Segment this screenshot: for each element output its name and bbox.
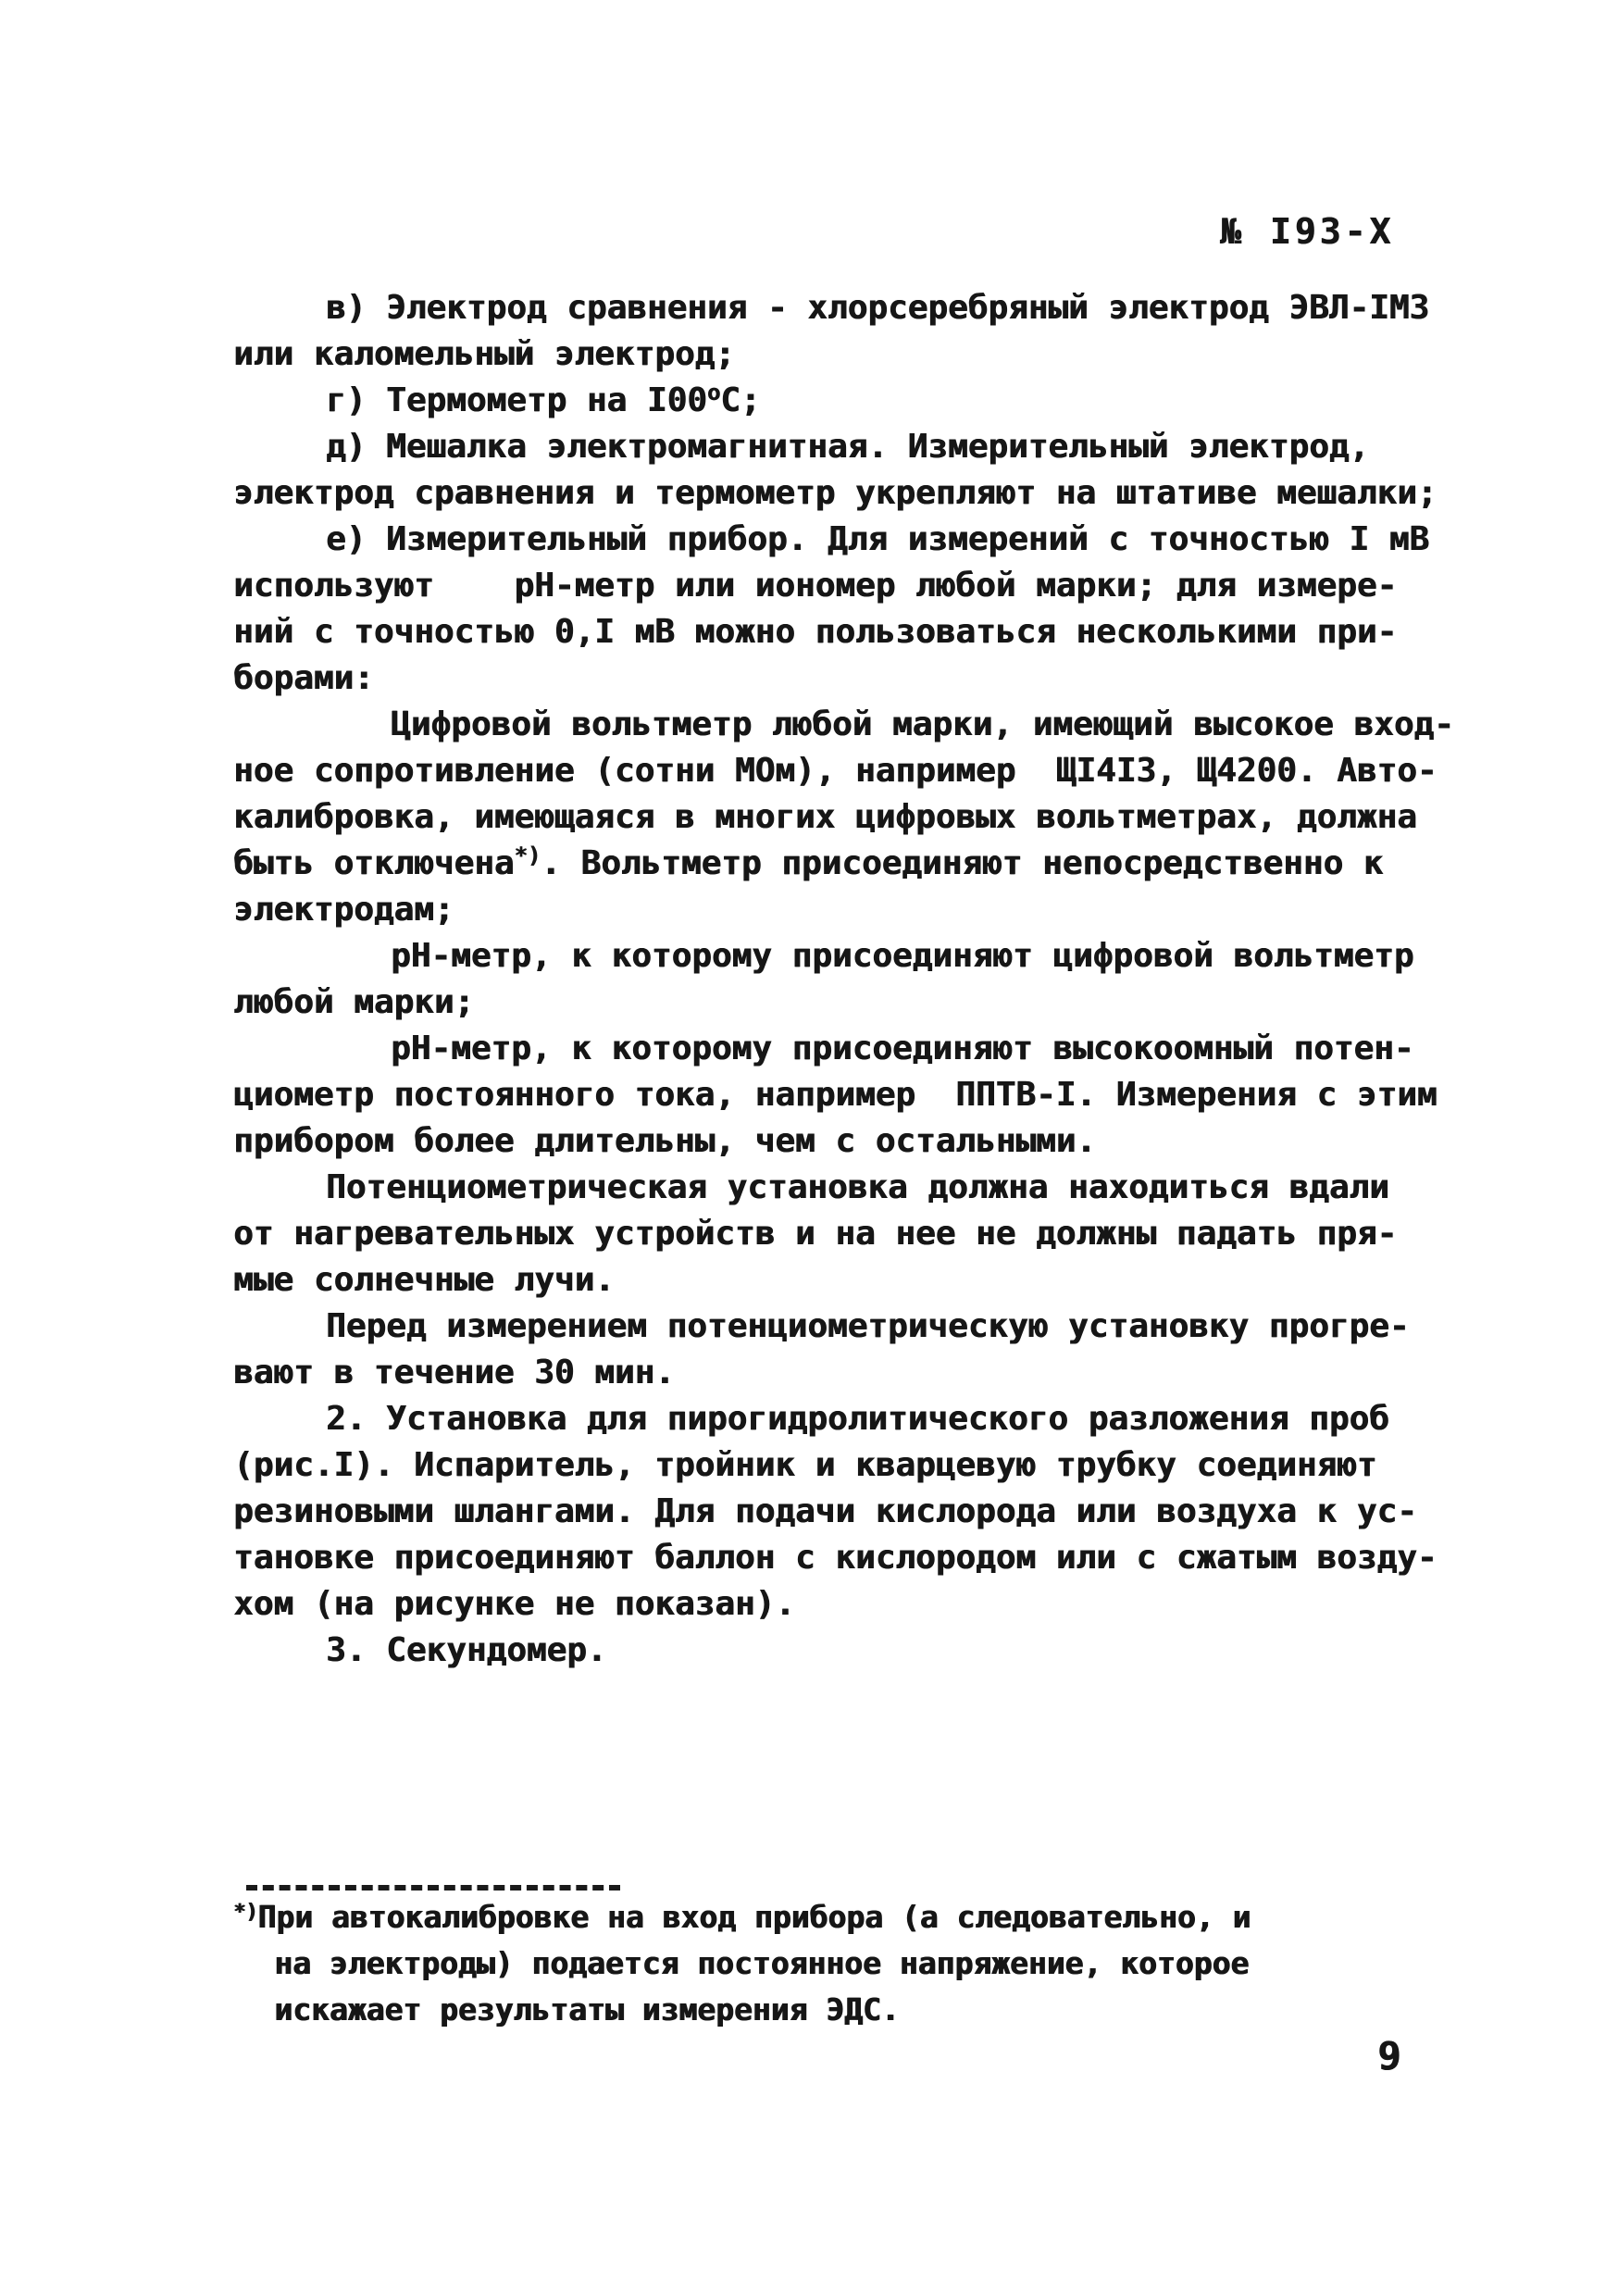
text-line: ное сопротивление (сотни МОм), например … bbox=[233, 748, 1548, 794]
text-segment: от нагревательных устройств и на нее не … bbox=[233, 1215, 1397, 1253]
text-segment: электродам; bbox=[233, 891, 454, 929]
text-segment: электрод сравнения и термометр укрепляют… bbox=[233, 474, 1437, 512]
text-segment: любой марки; bbox=[233, 983, 474, 1021]
text-segment: рН-метр, к которому присоединяют цифрово… bbox=[391, 937, 1413, 975]
text-segment: Цифровой вольтметр любой марки, имеющий … bbox=[391, 705, 1454, 743]
text-segment: (рис.I). Испаритель, тройник и кварцевую… bbox=[233, 1446, 1376, 1484]
footnote: *)При автокалибровке на вход прибора (а … bbox=[233, 1894, 1344, 2033]
text-segment: вают в течение 30 мин. bbox=[233, 1354, 675, 1391]
text-line: или каломельный электрод; bbox=[233, 331, 1548, 378]
body-text: в) Электрод сравнения - хлорсеребряный э… bbox=[233, 285, 1548, 1674]
text-segment: Потенциометрическая установка должна нах… bbox=[326, 1168, 1389, 1206]
text-line: (рис.I). Испаритель, тройник и кварцевую… bbox=[233, 1442, 1548, 1489]
text-line: прибором более длительны, чем с остальны… bbox=[233, 1118, 1548, 1165]
text-line: Цифровой вольтметр любой марки, имеющий … bbox=[233, 702, 1548, 748]
text-segment: или каломельный электрод; bbox=[233, 335, 735, 373]
text-line: ний с точностью 0,I мВ можно пользоватьс… bbox=[233, 609, 1548, 655]
text-segment: Перед измерением потенциометрическую уст… bbox=[326, 1307, 1409, 1345]
text-line: циометр постоянного тока, например ППТВ-… bbox=[233, 1072, 1548, 1118]
document-page: № I93-Х в) Электрод сравнения - хлорсере… bbox=[0, 0, 1618, 2296]
text-line: калибровка, имеющаяся в многих цифровых … bbox=[233, 794, 1548, 841]
text-line: Потенциометрическая установка должна нах… bbox=[233, 1165, 1548, 1211]
text-segment: 2. Установка для пирогидролитического ра… bbox=[326, 1400, 1389, 1438]
text-segment: быть отключена bbox=[233, 844, 514, 882]
text-segment: используют рН-метр или иономер любой мар… bbox=[233, 567, 1397, 605]
text-line: мые солнечные лучи. bbox=[233, 1257, 1548, 1304]
text-line: любой марки; bbox=[233, 980, 1548, 1026]
text-line: рН-метр, к которому присоединяют цифрово… bbox=[233, 933, 1548, 980]
text-line: тановке присоединяют баллон с кислородом… bbox=[233, 1535, 1548, 1581]
footnote-separator bbox=[246, 1885, 620, 1890]
text-line: 2. Установка для пирогидролитического ра… bbox=[233, 1396, 1548, 1442]
text-segment: 3. Секундомер. bbox=[326, 1631, 606, 1669]
text-segment: рН-метр, к которому присоединяют высокоо… bbox=[391, 1029, 1413, 1067]
text-segment: . Вольтметр присоединяют непосредственно… bbox=[541, 844, 1383, 882]
page-number: 9 bbox=[1377, 2033, 1400, 2078]
footnote-line: искажает результаты измерения ЭДС. bbox=[233, 1987, 1344, 2033]
text-segment: С; bbox=[720, 381, 760, 419]
text-segment: тановке присоединяют баллон с кислородом… bbox=[233, 1539, 1437, 1577]
text-line: 3. Секундомер. bbox=[233, 1628, 1548, 1674]
text-line: е) Измерительный прибор. Для измерений с… bbox=[233, 517, 1548, 563]
text-segment: ное сопротивление (сотни МОм), например … bbox=[233, 752, 1437, 790]
text-line: электрод сравнения и термометр укрепляют… bbox=[233, 470, 1548, 517]
text-line: резиновыми шлангами. Для подачи кислород… bbox=[233, 1489, 1548, 1535]
text-segment: прибором более длительны, чем с остальны… bbox=[233, 1122, 1096, 1160]
text-line: хом (на рисунке не показан). bbox=[233, 1581, 1548, 1628]
text-line: от нагревательных устройств и на нее не … bbox=[233, 1211, 1548, 1257]
text-segment: борами: bbox=[233, 659, 374, 697]
footnote-text: При автокалибровке на вход прибора (а сл… bbox=[257, 1899, 1251, 1935]
text-segment: хом (на рисунке не показан). bbox=[233, 1585, 795, 1623]
superscript: *) bbox=[514, 842, 541, 868]
text-segment: циометр постоянного тока, например ППТВ-… bbox=[233, 1076, 1437, 1114]
footnote-marker: *) bbox=[233, 1901, 257, 1924]
footnote-line: *)При автокалибровке на вход прибора (а … bbox=[233, 1894, 1344, 1940]
text-line: рН-метр, к которому присоединяют высокоо… bbox=[233, 1026, 1548, 1072]
text-segment: в) Электрод сравнения - хлорсеребряный э… bbox=[326, 289, 1429, 327]
text-line: Перед измерением потенциометрическую уст… bbox=[233, 1304, 1548, 1350]
text-segment: резиновыми шлангами. Для подачи кислород… bbox=[233, 1492, 1417, 1530]
text-line: борами: bbox=[233, 655, 1548, 702]
doc-number: № I93-Х bbox=[1220, 211, 1394, 252]
text-line: быть отключена*). Вольтметр присоединяют… bbox=[233, 841, 1548, 887]
text-segment: мые солнечные лучи. bbox=[233, 1261, 615, 1299]
text-segment: калибровка, имеющаяся в многих цифровых … bbox=[233, 798, 1417, 836]
text-line: используют рН-метр или иономер любой мар… bbox=[233, 563, 1548, 609]
footnote-line: на электроды) подается постоянное напряж… bbox=[233, 1940, 1344, 1987]
text-segment: г) Термометр на I00 bbox=[326, 381, 707, 419]
text-segment: д) Мешалка электромагнитная. Измерительн… bbox=[326, 428, 1369, 466]
text-line: в) Электрод сравнения - хлорсеребряный э… bbox=[233, 285, 1548, 331]
text-line: д) Мешалка электромагнитная. Измерительн… bbox=[233, 424, 1548, 470]
text-segment: е) Измерительный прибор. Для измерений с… bbox=[326, 520, 1429, 558]
superscript: о bbox=[707, 380, 720, 406]
text-line: г) Термометр на I00оС; bbox=[233, 378, 1548, 424]
text-line: электродам; bbox=[233, 887, 1548, 933]
text-segment: ний с точностью 0,I мВ можно пользоватьс… bbox=[233, 613, 1397, 651]
text-line: вают в течение 30 мин. bbox=[233, 1350, 1548, 1396]
